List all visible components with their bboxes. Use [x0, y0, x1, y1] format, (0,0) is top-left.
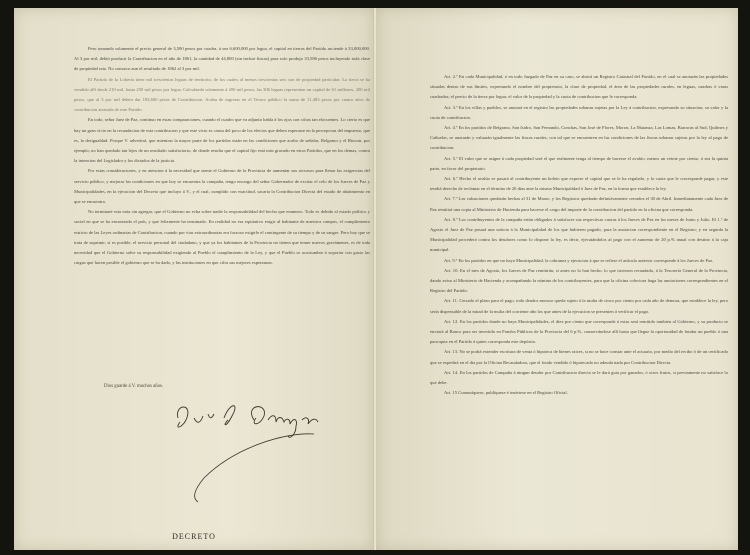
left-page: Pero tomando solamente el precio general… — [14, 8, 374, 550]
article: Art. 10. En el mes de Agosto, los Jueces… — [430, 266, 728, 297]
article: Art. 14. En los partidos de Campaña á ni… — [430, 368, 728, 388]
closing-salutation: Dios guarde á V. muchos años. — [104, 384, 163, 389]
article: Art. 5.º El valor que se asigne á cada p… — [430, 154, 728, 174]
articles-body: Art. 2.º En cada Municipalidad, ó en tod… — [430, 72, 728, 399]
letter-paragraph: No terminaré esta nota sin agregar, que … — [74, 207, 370, 268]
article: Art. 11. Cerrado el plazo para el pago, … — [430, 296, 728, 316]
decree-title: DECRETO — [14, 532, 374, 541]
article: Art. 8.º Los contribuyentes de la campañ… — [430, 215, 728, 256]
article: Art. 13. No se podrá extender escritura … — [430, 347, 728, 367]
article: Art. 12. En los partidos donde no haya M… — [430, 317, 728, 348]
article: Art. 2.º En cada Municipalidad, ó en tod… — [430, 72, 728, 103]
article: Art. 15 Comuníquese, publíquese é insért… — [430, 388, 728, 398]
letter-body: Pero tomando solamente el precio general… — [74, 44, 370, 268]
article: Art. 4.º En los partidos de Belgrano, Sa… — [430, 123, 728, 154]
article: Art. 7.º Las valuaciones quedarán hechas… — [430, 194, 728, 214]
article: Art. 6.º Hecho el avalúo se pasará al co… — [430, 174, 728, 194]
letter-paragraph: Por estas consideraciones, y en atencion… — [74, 166, 370, 207]
article: Art. 3.º En los villas y pueblos, se ano… — [430, 103, 728, 123]
letter-paragraph: En todo, señor Juez de Paz, continuo en … — [74, 115, 370, 166]
letter-paragraph: Pero tomando solamente el precio general… — [74, 44, 370, 75]
letter-paragraph: El Partido de la Lobería tiene mil tresc… — [74, 75, 370, 116]
right-page: Art. 2.º En cada Municipalidad, ó en tod… — [376, 8, 738, 550]
article: Art. 9.º En los partidos en que no haya … — [430, 256, 728, 266]
handwritten-signature-icon: Luis L. Dominguez — [164, 398, 364, 508]
